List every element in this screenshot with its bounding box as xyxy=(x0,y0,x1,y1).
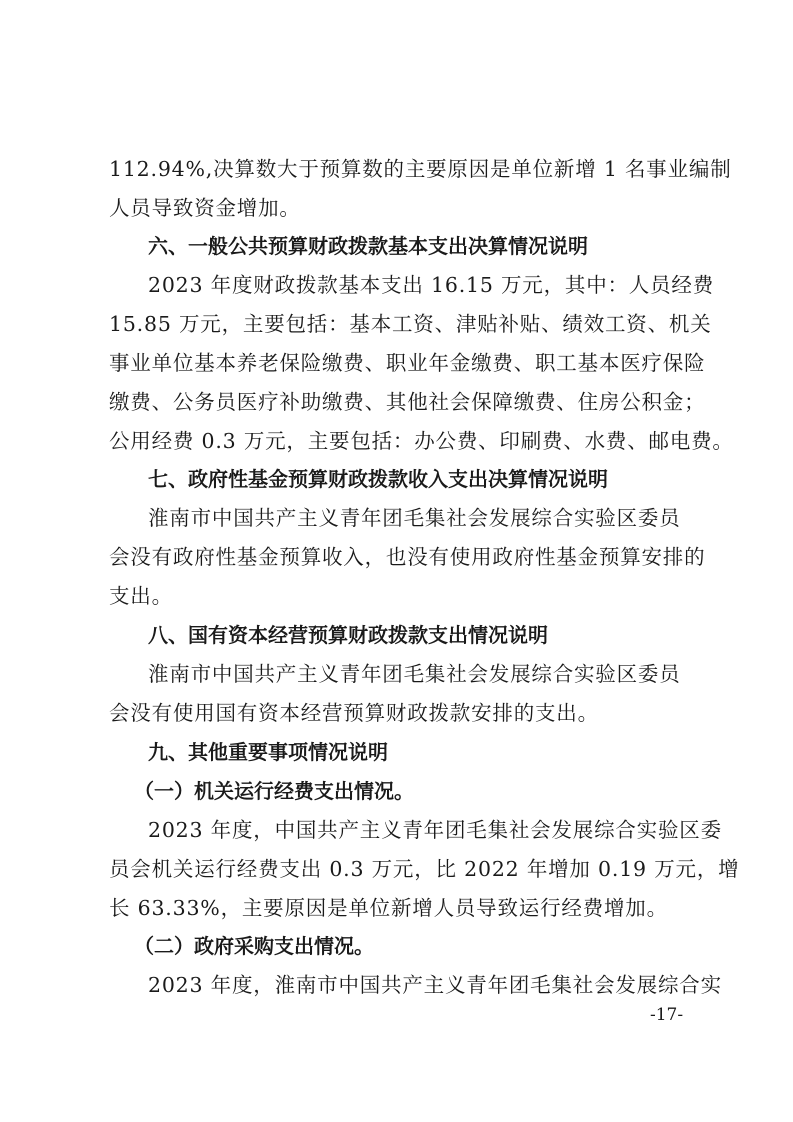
paragraph-line: 会没有使用国有资本经营预算财政拨款安排的支出。 xyxy=(109,700,689,726)
paragraph-line: 2023 年度，淮南市中国共产主义青年团毛集社会发展综合实 xyxy=(148,972,728,998)
section-heading-6: 六、一般公共预算财政拨款基本支出决算情况说明 xyxy=(148,233,728,259)
paragraph-line: 淮南市中国共产主义青年团毛集社会发展综合实验区委员 xyxy=(148,661,728,687)
paragraph-line: 15.85 万元，主要包括：基本工资、津贴补贴、绩效工资、机关 xyxy=(109,311,689,337)
paragraph-line: 人员导致资金增加。 xyxy=(109,195,689,221)
sub-heading-2: （二）政府采购支出情况。 xyxy=(134,933,714,959)
paragraph-line: 会没有政府性基金预算收入，也没有使用政府性基金预算安排的 xyxy=(109,544,689,570)
document-page: 112.94%,决算数大于预算数的主要原因是单位新增 1 名事业编制 人员导致资… xyxy=(0,0,793,1122)
section-heading-9: 九、其他重要事项情况说明 xyxy=(148,739,728,765)
section-heading-7: 七、政府性基金预算财政拨款收入支出决算情况说明 xyxy=(148,466,728,492)
page-number: -17- xyxy=(650,1004,683,1026)
paragraph-line: 事业单位基本养老保险缴费、职业年金缴费、职工基本医疗保险 xyxy=(109,350,689,376)
paragraph-line: 缴费、公务员医疗补助缴费、其他社会保障缴费、住房公积金； xyxy=(109,389,689,415)
section-heading-8: 八、国有资本经营预算财政拨款支出情况说明 xyxy=(148,622,728,648)
paragraph-line: 2023 年度财政拨款基本支出 16.15 万元，其中：人员经费 xyxy=(148,272,728,298)
paragraph-line: 员会机关运行经费支出 0.3 万元，比 2022 年增加 0.19 万元，增 xyxy=(109,856,689,882)
paragraph-line: 淮南市中国共产主义青年团毛集社会发展综合实验区委员 xyxy=(148,505,728,531)
paragraph-line: 公用经费 0.3 万元，主要包括：办公费、印刷费、水费、邮电费。 xyxy=(109,428,689,454)
paragraph-line: 112.94%,决算数大于预算数的主要原因是单位新增 1 名事业编制 xyxy=(109,156,689,182)
sub-heading-1: （一）机关运行经费支出情况。 xyxy=(134,778,714,804)
paragraph-line: 2023 年度，中国共产主义青年团毛集社会发展综合实验区委 xyxy=(148,817,728,843)
paragraph-line: 支出。 xyxy=(109,583,689,609)
paragraph-line: 长 63.33%，主要原因是单位新增人员导致运行经费增加。 xyxy=(109,895,689,921)
